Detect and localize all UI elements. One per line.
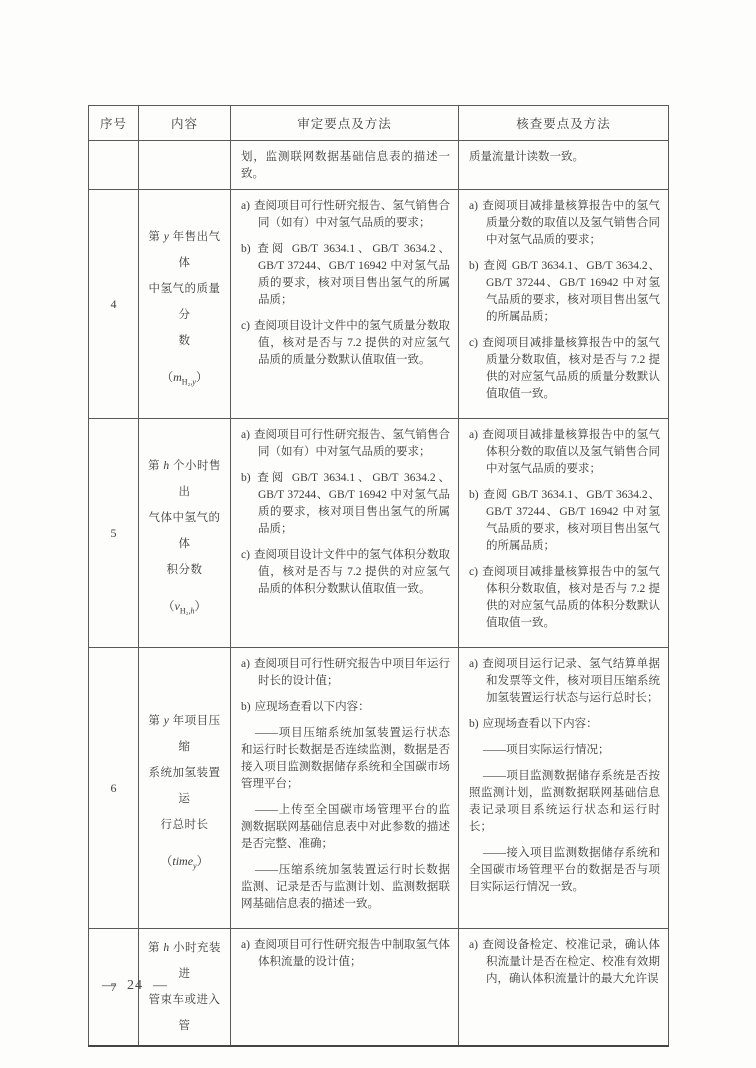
parameter-name-line: 行总时长 bbox=[144, 812, 225, 838]
lettered-item: c)查阅项目设计文件中的氢气质量分数取值，核对是否与 7.2 提供的对应氢气品质… bbox=[241, 318, 450, 369]
lettered-item: a)查阅项目减排量核算报告中的氢气质量分数的取值以及氢气销售合同中对氢气品质的要… bbox=[469, 198, 660, 249]
col-header-content: 内容 bbox=[139, 106, 231, 141]
parameter-name-line: 第 h 个小时售出 bbox=[144, 453, 225, 505]
cell-serial-number: 4 bbox=[89, 190, 139, 419]
lettered-item: c)查阅项目设计文件中的氢气体积分数取值，核对是否与 7.2 提供的对应氢气品质… bbox=[241, 547, 450, 598]
item-label: b) bbox=[241, 701, 251, 713]
cell-validation-points: a)查阅项目可行性研究报告、氢气销售合同（如有）中对氢气品质的要求；b)查阅 G… bbox=[231, 419, 459, 648]
lettered-item: b)查阅 GB/T 3634.1、GB/T 3634.2、GB/T 37244、… bbox=[241, 470, 450, 538]
dash-item: ——项目实际运行情况； bbox=[469, 742, 660, 759]
lettered-item: a)查阅项目可行性研究报告中制取氢气体体积流量的设计值； bbox=[241, 937, 450, 971]
parameter-name-line: 气体中氢气的体 bbox=[144, 505, 225, 557]
lettered-item: b)应现场查看以下内容： bbox=[469, 716, 660, 733]
cell-validation-points: a)查阅项目可行性研究报告、氢气销售合同（如有）中对氢气品质的要求；b)查阅 G… bbox=[231, 190, 459, 419]
table-header: 序号 内容 审定要点及方法 核查要点及方法 bbox=[89, 106, 669, 141]
lettered-item: b)查阅 GB/T 3634.1、GB/T 3634.2、GB/T 37244、… bbox=[241, 241, 450, 309]
cell-parameter-content: 第 y 年项目压缩系统加氢装置运行总时长（timey） bbox=[139, 648, 231, 929]
item-label: a) bbox=[469, 429, 478, 441]
verification-table-container: 序号 内容 审定要点及方法 核查要点及方法 划，监测联网数据基础信息表的描述一致… bbox=[88, 105, 668, 1047]
cell-verification-points: a)查阅项目运行记录、氢气结算单据和发票等文件，核对项目压缩系统加氢装置运行状态… bbox=[459, 648, 669, 929]
parameter-name-line: 系统加氢装置运 bbox=[144, 760, 225, 812]
lettered-item: a)查阅设备检定、校准记录，确认体积流量计是否在检定、校准有效期内，确认体积流量… bbox=[469, 937, 660, 988]
lettered-item: a)查阅项目可行性研究报告、氢气销售合同（如有）中对氢气品质的要求； bbox=[241, 427, 450, 461]
item-label: a) bbox=[469, 200, 478, 212]
cell-serial-number: 5 bbox=[89, 419, 139, 648]
item-label: c) bbox=[469, 337, 478, 349]
dash-item: ——项目监测数据储存系统是否按照监测计划，监测数据联网基础信息表记录项目系统运行… bbox=[469, 768, 660, 836]
item-label: b) bbox=[241, 243, 251, 255]
item-label: b) bbox=[241, 472, 251, 484]
item-label: a) bbox=[241, 658, 250, 670]
table-body: 划，监测联网数据基础信息表的描述一致。质量流量计读数一致。4第 y 年售出气体中… bbox=[89, 141, 669, 1047]
cell-verification-points: a)查阅项目减排量核算报告中的氢气体积分数的取值以及氢气销售合同中对氢气品质的要… bbox=[459, 419, 669, 648]
footer-dash-left: — bbox=[102, 978, 117, 993]
continuation-text: 质量流量计读数一致。 bbox=[469, 149, 660, 166]
document-page: 序号 内容 审定要点及方法 核查要点及方法 划，监测联网数据基础信息表的描述一致… bbox=[0, 0, 756, 1068]
lettered-item: b)查阅 GB/T 3634.1、GB/T 3634.2、GB/T 37244、… bbox=[469, 258, 660, 326]
lettered-item: b)应现场查看以下内容： bbox=[241, 699, 450, 716]
item-label: b) bbox=[469, 718, 479, 730]
cell-verification-points: 质量流量计读数一致。 bbox=[459, 141, 669, 190]
lettered-item: a)查阅项目可行性研究报告中项目年运行时长的设计值； bbox=[241, 656, 450, 690]
header-row: 序号 内容 审定要点及方法 核查要点及方法 bbox=[89, 106, 669, 141]
cell-serial-number bbox=[89, 141, 139, 190]
lettered-item: c)查阅项目减排量核算报告中的氢气质量分数取值，核对是否与 7.2 提供的对应氢… bbox=[469, 335, 660, 403]
lettered-item: a)查阅项目可行性研究报告、氢气销售合同（如有）中对氢气品质的要求； bbox=[241, 198, 450, 232]
parameter-name-line: 管束车或进入管 bbox=[144, 987, 225, 1039]
dash-item: ——接入项目监测数据储存系统和全国碳市场管理平台的数据是否与项目实际运行情况一致… bbox=[469, 845, 660, 896]
item-label: c) bbox=[469, 566, 478, 578]
dash-item: ——压缩系统加氢装置运行时长数据监测、记录是否与监测计划、监测数据联网基础信息表… bbox=[241, 862, 450, 913]
parameter-name-line: 数 bbox=[144, 328, 225, 354]
lettered-item: c)查阅项目减排量核算报告中的氢气体积分数取值，核对是否与 7.2 提供的对应氢… bbox=[469, 564, 660, 632]
dash-item: ——上传至全国碳市场管理平台的监测数据联网基础信息表中对此参数的描述是否完整、准… bbox=[241, 802, 450, 853]
page-footer: —24— bbox=[92, 978, 178, 994]
parameter-symbol: （mH₂,y） bbox=[144, 368, 225, 385]
cell-parameter-content bbox=[139, 141, 231, 190]
lettered-item: b)查阅 GB/T 3634.1、GB/T 3634.2、GB/T 37244、… bbox=[469, 487, 660, 555]
cell-validation-points: 划，监测联网数据基础信息表的描述一致。 bbox=[231, 141, 459, 190]
footer-dash-right: — bbox=[153, 978, 168, 993]
item-label: b) bbox=[469, 260, 479, 272]
cell-parameter-content: 第 h 个小时售出气体中氢气的体积分数（vH₂,h） bbox=[139, 419, 231, 648]
parameter-name-line: 积分数 bbox=[144, 557, 225, 583]
item-label: b) bbox=[469, 489, 479, 501]
parameter-symbol: （timey） bbox=[144, 852, 225, 869]
dash-item: ——项目压缩系统加氢装置运行状态和运行时长数据是否连续监测，数据是否接入项目监测… bbox=[241, 725, 450, 793]
table-row: 划，监测联网数据基础信息表的描述一致。质量流量计读数一致。 bbox=[89, 141, 669, 190]
cell-verification-points: a)查阅设备检定、校准记录，确认体积流量计是否在检定、校准有效期内，确认体积流量… bbox=[459, 929, 669, 1047]
page-number: 24 bbox=[127, 978, 143, 993]
col-header-validation-points: 审定要点及方法 bbox=[231, 106, 459, 141]
parameter-name-line: 第 y 年售出气体 bbox=[144, 224, 225, 276]
item-label: c) bbox=[241, 549, 250, 561]
cell-validation-points: a)查阅项目可行性研究报告中项目年运行时长的设计值；b)应现场查看以下内容：——… bbox=[231, 648, 459, 929]
cell-verification-points: a)查阅项目减排量核算报告中的氢气质量分数的取值以及氢气销售合同中对氢气品质的要… bbox=[459, 190, 669, 419]
col-header-serial-number: 序号 bbox=[89, 106, 139, 141]
parameter-name-line: 中氢气的质量分 bbox=[144, 276, 225, 328]
item-label: a) bbox=[241, 429, 250, 441]
table-row: 6第 y 年项目压缩系统加氢装置运行总时长（timey）a)查阅项目可行性研究报… bbox=[89, 648, 669, 929]
cell-parameter-content: 第 y 年售出气体中氢气的质量分数（mH₂,y） bbox=[139, 190, 231, 419]
item-label: a) bbox=[241, 200, 250, 212]
parameter-name-line: 第 y 年项目压缩 bbox=[144, 708, 225, 760]
continuation-text: 划，监测联网数据基础信息表的描述一致。 bbox=[241, 149, 450, 183]
table-row: 4第 y 年售出气体中氢气的质量分数（mH₂,y）a)查阅项目可行性研究报告、氢… bbox=[89, 190, 669, 419]
parameter-symbol: （vH₂,h） bbox=[144, 597, 225, 614]
item-label: a) bbox=[469, 939, 478, 951]
col-header-verification-points: 核查要点及方法 bbox=[459, 106, 669, 141]
item-label: a) bbox=[241, 939, 250, 951]
cell-validation-points: a)查阅项目可行性研究报告中制取氢气体体积流量的设计值； bbox=[231, 929, 459, 1047]
item-label: a) bbox=[469, 658, 478, 670]
table-row: 5第 h 个小时售出气体中氢气的体积分数（vH₂,h）a)查阅项目可行性研究报告… bbox=[89, 419, 669, 648]
cell-serial-number: 6 bbox=[89, 648, 139, 929]
lettered-item: a)查阅项目减排量核算报告中的氢气体积分数的取值以及氢气销售合同中对氢气品质的要… bbox=[469, 427, 660, 478]
lettered-item: a)查阅项目运行记录、氢气结算单据和发票等文件，核对项目压缩系统加氢装置运行状态… bbox=[469, 656, 660, 707]
verification-table: 序号 内容 审定要点及方法 核查要点及方法 划，监测联网数据基础信息表的描述一致… bbox=[88, 105, 669, 1047]
item-label: c) bbox=[241, 320, 250, 332]
